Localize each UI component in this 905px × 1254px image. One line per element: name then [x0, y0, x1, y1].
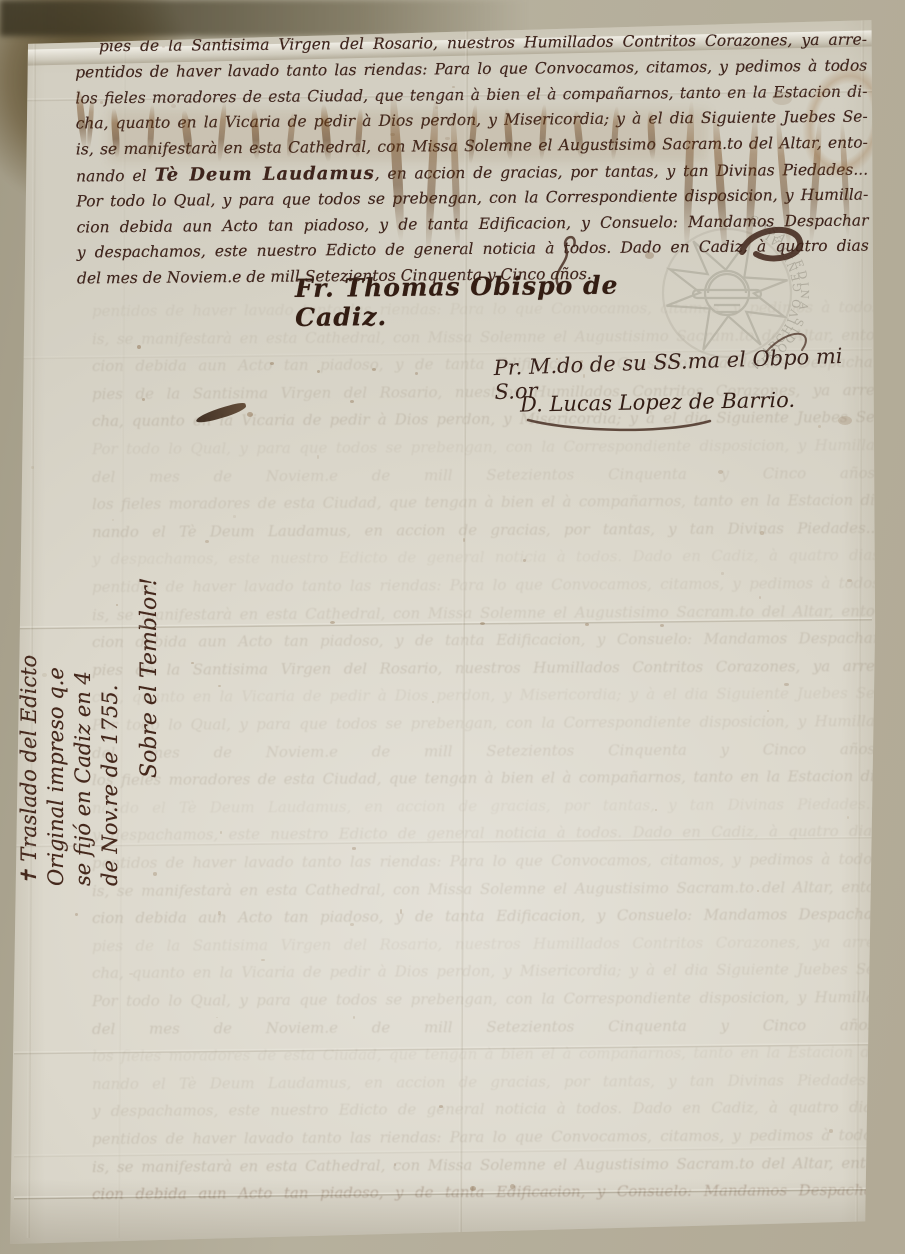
foxing-speck — [415, 372, 418, 375]
foxing-speck — [205, 540, 209, 543]
bleedthrough-line: y despachamos, este nuestro Edicto de ge… — [92, 546, 880, 572]
foxing-speck — [660, 624, 664, 627]
foxing-speck — [162, 46, 166, 48]
foxing-speck — [394, 1163, 396, 1166]
foxing-speck — [142, 398, 145, 401]
bleedthrough-line: del mes de Noviem.e de mill Setezientos … — [92, 464, 880, 490]
bleedthrough-line: cha, quanto en la Vicaria de pedir à Dio… — [92, 960, 880, 986]
foxing-speck — [216, 1017, 218, 1019]
foxing-speck — [642, 199, 644, 203]
foxing-speck — [372, 368, 376, 371]
foxing-speck — [112, 519, 114, 522]
side-note: ✝ Traslado del Edicto Original impreso q… — [16, 596, 216, 896]
foxing-speck — [645, 252, 654, 259]
bleedthrough-line: del mes de Noviem.e de mill Setezientos … — [92, 1016, 880, 1042]
bleedthrough-line: y despachamos, este nuestro Edicto de ge… — [92, 1098, 880, 1124]
foxing-speck — [847, 579, 852, 582]
side-note-text: ✝ Traslado del Edicto Original impreso q… — [16, 596, 216, 896]
foxing-speck — [759, 596, 761, 599]
foxing-speck — [191, 662, 194, 664]
bleedthrough-line: nando el Tè Deum Laudamus, en accion de … — [92, 1071, 880, 1097]
foxing-speck — [270, 362, 274, 365]
photograph: pentidos de haver lavado tanto las riend… — [0, 0, 905, 1254]
te-deum-emphasis: Tè Deum Laudamus — [154, 163, 374, 186]
foxing-speck — [330, 621, 335, 624]
foxing-speck — [760, 531, 763, 535]
foxing-speck — [510, 1184, 515, 1189]
foxing-speck — [585, 623, 589, 626]
bishop-signature: Fr. Thomas Obispo de Cadiz. — [295, 270, 676, 332]
foxing-speck — [137, 345, 141, 349]
foxing-speck — [583, 374, 585, 378]
foxing-speck — [320, 314, 323, 318]
foxing-speck — [580, 360, 583, 363]
foxing-speck — [352, 847, 356, 849]
foxing-speck — [100, 101, 103, 105]
foxing-speck — [261, 959, 265, 961]
foxing-speck — [718, 470, 723, 474]
foxing-speck — [233, 515, 236, 517]
foxing-speck — [75, 913, 78, 916]
bleedthrough-line: Por todo lo Qual, y para que todos se pr… — [92, 988, 880, 1014]
side-note-line: Original impreso q.e — [43, 596, 70, 896]
foxing-speck — [31, 466, 35, 469]
foxing-speck — [767, 710, 769, 712]
side-note-subject: Sobre el Temblor! — [136, 596, 163, 896]
foxing-speck — [218, 685, 221, 687]
side-note-line: se fijó en Cadiz en 4 — [70, 596, 97, 896]
foxing-speck — [847, 816, 849, 820]
foxing-speck — [818, 425, 821, 428]
bleedthrough-line: cion debida aun Acto tan piadoso, y de t… — [92, 905, 880, 931]
line-prefix: nando el — [76, 167, 154, 186]
foxing-speck — [247, 412, 253, 417]
foxing-speck — [655, 809, 657, 811]
paper-sheet: pentidos de haver lavado tanto las riend… — [0, 0, 905, 1254]
foxing-speck — [153, 872, 157, 875]
foxing-speck — [445, 137, 450, 140]
bleedthrough-line: pies de la Santisima Virgen del Rosario,… — [92, 933, 880, 959]
bleedthrough-line: is, se manifestarà en esta Cathedral, co… — [92, 1154, 880, 1180]
foxing-speck — [317, 455, 319, 459]
foxing-speck — [838, 416, 852, 425]
foxing-speck — [721, 572, 724, 574]
foxing-speck — [218, 911, 221, 915]
foxing-speck — [470, 1186, 476, 1191]
foxing-speck — [350, 400, 354, 403]
foxing-speck — [317, 370, 320, 373]
foxing-speck — [772, 92, 792, 105]
foxing-speck — [480, 622, 485, 625]
foxing-speck — [171, 104, 176, 108]
foxing-speck — [485, 73, 488, 76]
bleedthrough-line: los fieles moradores de esta Ciudad, que… — [92, 491, 880, 517]
bleedthrough-line: Por todo lo Qual, y para que todos se pr… — [92, 436, 880, 462]
foxing-speck — [435, 106, 437, 109]
